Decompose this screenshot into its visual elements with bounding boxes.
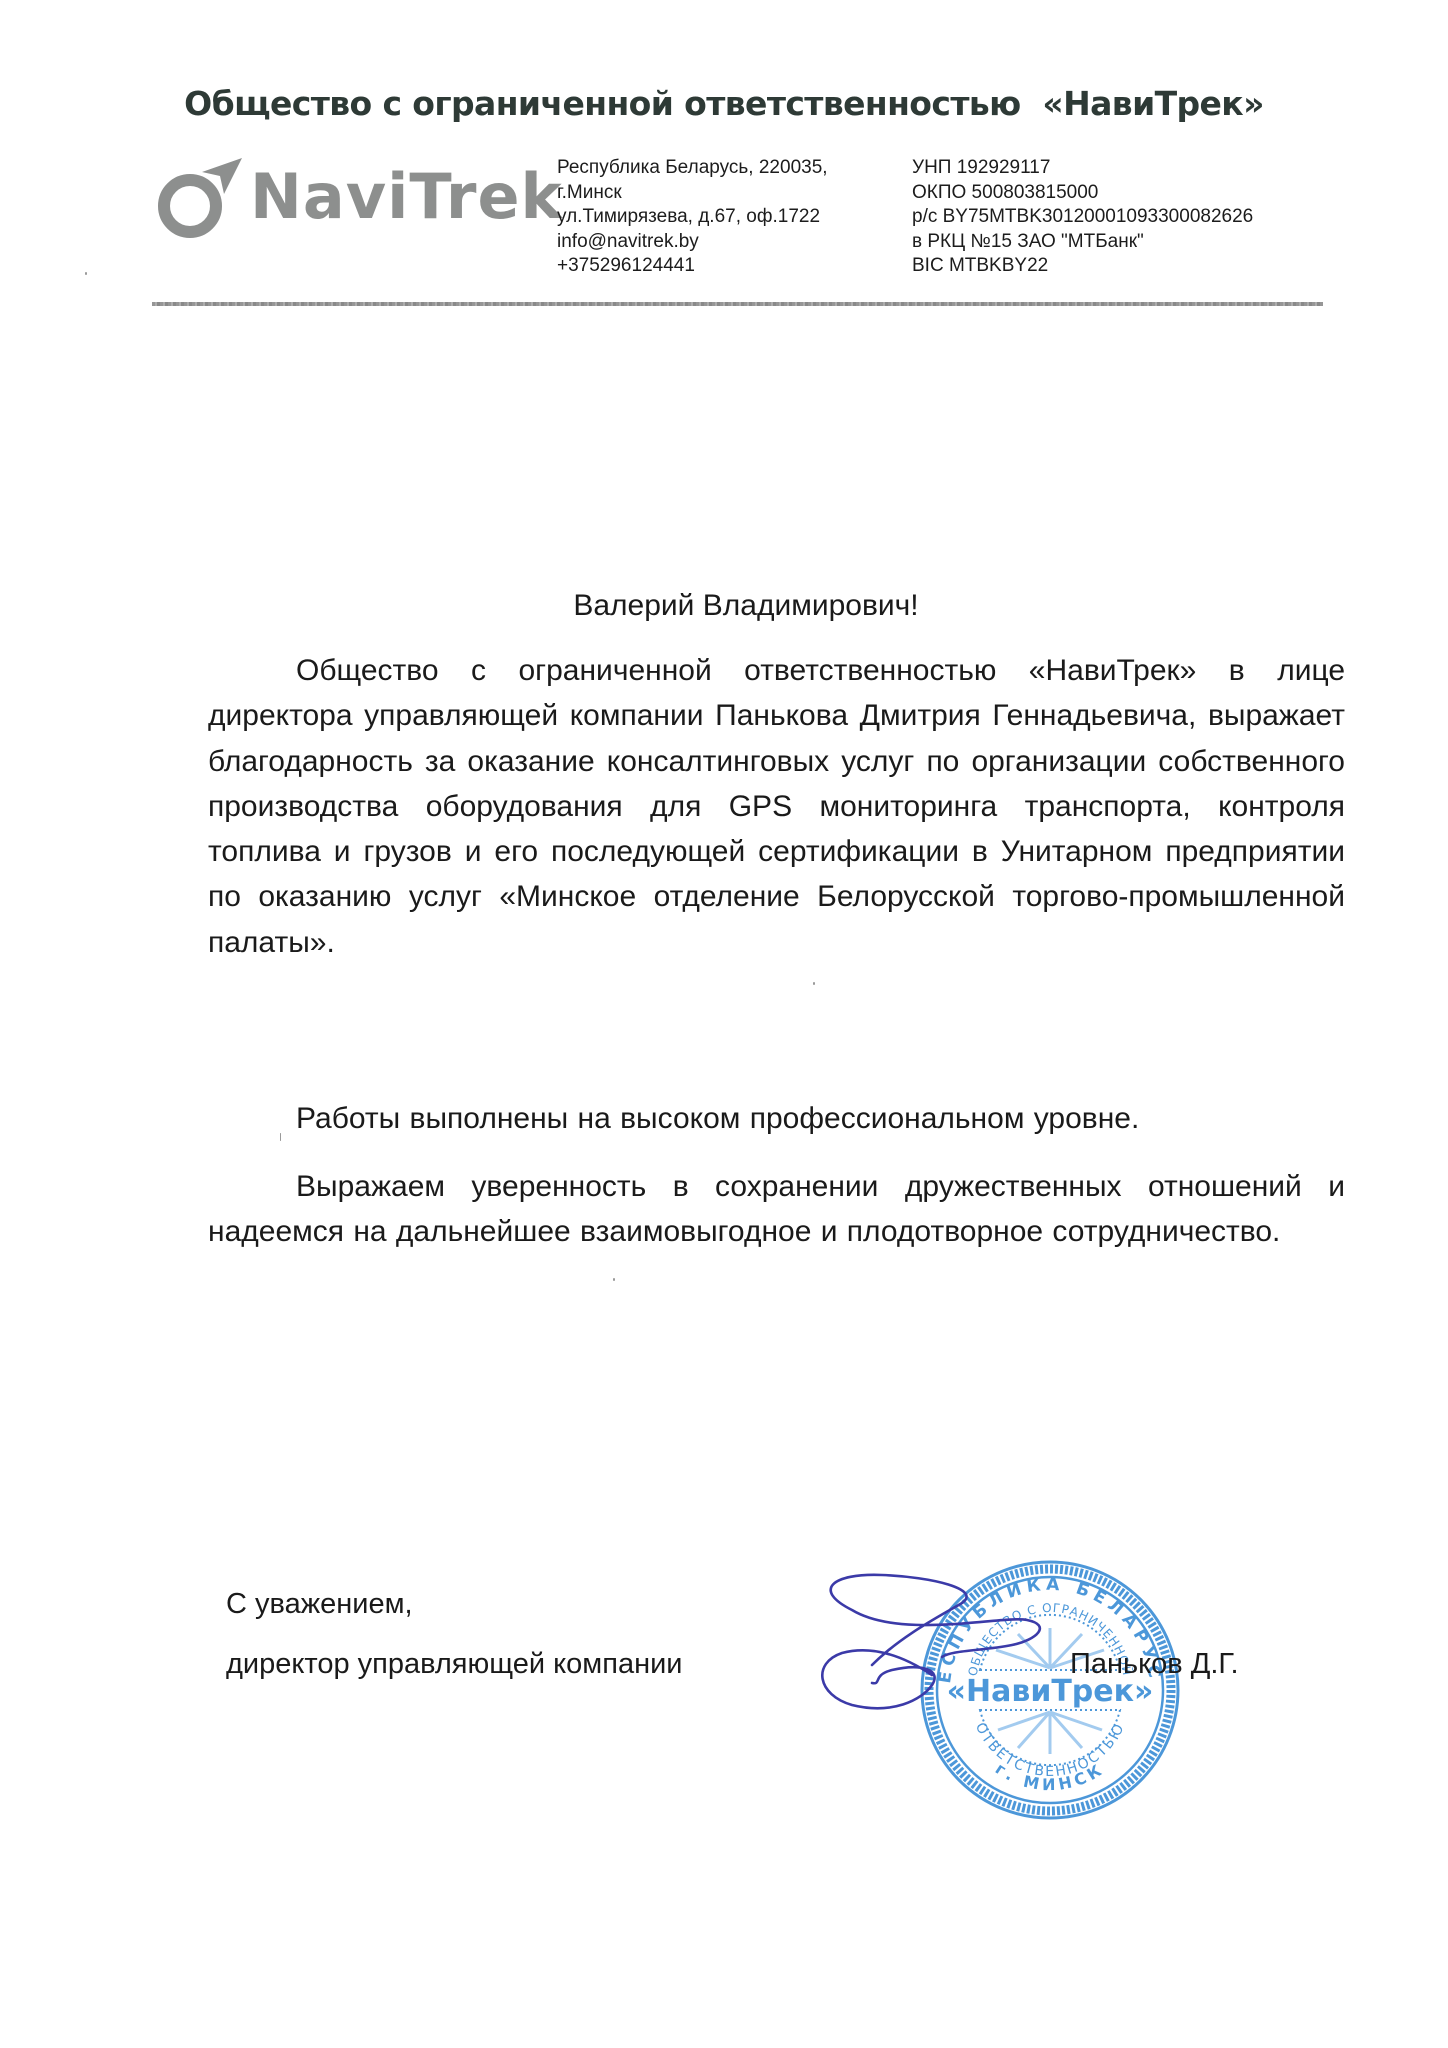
scan-speck bbox=[613, 1278, 615, 1281]
closing-signer-position: директор управляющей компании bbox=[226, 1646, 682, 1682]
company-address-block: Республика Беларусь, 220035, г.Минск ул.… bbox=[557, 156, 828, 279]
address-phone: +375296124441 bbox=[557, 254, 828, 279]
logo-wordmark: NaviTrek bbox=[250, 162, 563, 232]
requisite-bank: в РКЦ №15 ЗАО "МТБанк" bbox=[912, 230, 1253, 255]
company-requisites-block: УНП 192929117 ОКПО 500803815000 р/с BY75… bbox=[912, 156, 1253, 279]
requisite-bic: BIC MTBKBY22 bbox=[912, 254, 1253, 279]
scan-speck bbox=[85, 272, 87, 275]
requisite-account: р/с BY75MTBK30120001093300082626 bbox=[912, 205, 1253, 230]
signer-name: Паньков Д.Г. bbox=[1070, 1646, 1239, 1682]
company-logo: NaviTrek bbox=[150, 150, 540, 250]
letter-paragraph-quality: Работы выполнены на высоком профессионал… bbox=[208, 1096, 1345, 1141]
address-street-line: ул.Тимирязева, д.67, оф.1722 bbox=[557, 205, 828, 230]
address-email[interactable]: info@navitrek.by bbox=[557, 230, 828, 255]
closing-regards: С уважением, bbox=[226, 1586, 413, 1622]
signature-scribble-icon bbox=[812, 1545, 1072, 1735]
letter-paragraph-cooperation: Выражаем уверенность в сохранении дружес… bbox=[208, 1164, 1345, 1255]
navitrek-compass-icon bbox=[150, 150, 260, 250]
scan-speck bbox=[813, 982, 815, 985]
letterhead-title: Общество с ограниченной ответственностью… bbox=[0, 84, 1448, 123]
requisite-unp: УНП 192929117 bbox=[912, 156, 1253, 181]
letterhead-divider bbox=[152, 302, 1323, 306]
requisite-okpo: ОКПО 500803815000 bbox=[912, 181, 1253, 206]
address-country-line: Республика Беларусь, 220035, bbox=[557, 156, 828, 181]
scan-speck bbox=[280, 1133, 281, 1141]
address-city-line: г.Минск bbox=[557, 181, 828, 206]
handwritten-signature bbox=[812, 1545, 1072, 1735]
letter-greeting: Валерий Владимирович! bbox=[0, 588, 1448, 624]
letter-paragraph-gratitude: Общество с ограниченной ответственностью… bbox=[208, 648, 1345, 965]
